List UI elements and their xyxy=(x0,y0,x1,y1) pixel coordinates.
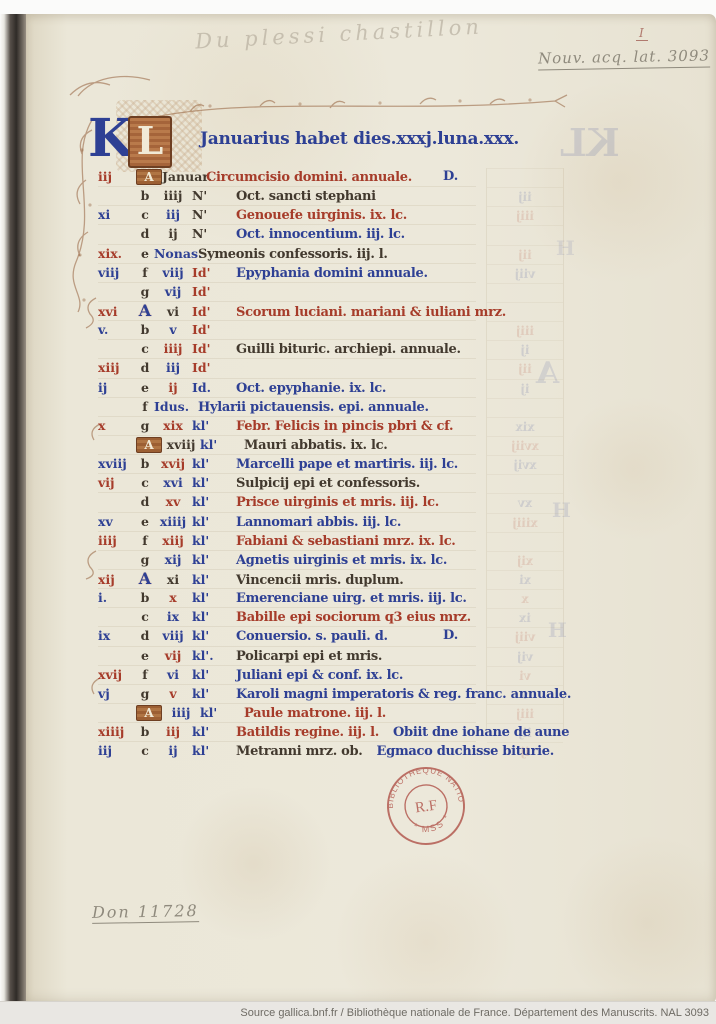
calends-marker: Id' xyxy=(192,283,236,301)
showthrough-numeral xyxy=(487,398,563,417)
calendar-row: iijcijkl'Metranni mrz. ob.Egmaco duchiss… xyxy=(98,741,476,760)
day-count: xi xyxy=(154,571,192,589)
calends-marker: kl' xyxy=(192,532,236,550)
golden-number: vij xyxy=(98,474,136,492)
showthrough-numeral: xi xyxy=(487,570,563,589)
golden-number: xi xyxy=(98,206,136,224)
golden-number: x xyxy=(98,417,136,435)
showthrough-numeral xyxy=(487,168,563,187)
showthrough-numeral: iiij xyxy=(487,321,563,340)
dominical-letter: d xyxy=(136,493,154,511)
calendar-row: gxijkl'Agnetis uirginis et mris. ix. lc. xyxy=(98,550,476,569)
day-count: xij xyxy=(154,551,192,569)
showthrough-numeral: iij xyxy=(487,723,563,742)
day-count: ij xyxy=(154,742,192,760)
calendar-row: xviAviId'Scorum luciani. mariani & iulia… xyxy=(98,301,476,320)
feast-entry: Mauri abbatis. ix. lc. xyxy=(244,437,387,455)
calends-marker: kl' xyxy=(192,474,236,492)
feast-entry: Juliani epi & conf. ix. lc. xyxy=(236,667,403,685)
day-count: xvi xyxy=(154,474,192,492)
dominical-letter: c xyxy=(136,742,154,760)
dominical-letter: e xyxy=(136,379,154,397)
day-count: vij xyxy=(154,647,192,665)
showthrough-numeral xyxy=(487,474,563,493)
day-count: iij xyxy=(154,723,192,741)
showthrough-numeral: v xyxy=(487,685,563,704)
calends-marker: N' xyxy=(192,187,236,205)
day-count: viij xyxy=(154,627,192,645)
day-count: iij xyxy=(154,206,192,224)
golden-number: viij xyxy=(98,264,136,282)
calendar-row: v.bvId' xyxy=(98,320,476,339)
dominical-letter: A xyxy=(136,570,154,588)
day-count: xiiij xyxy=(154,513,192,531)
dominical-letter: b xyxy=(136,187,154,205)
stamp-center: R.F xyxy=(414,798,438,817)
calendar-row: iiijfxiijkl'Fabiani & sebastiani mrz. ix… xyxy=(98,531,476,550)
feast-entry: Oct. sancti stephani xyxy=(236,188,376,206)
calendar-row: xiijdiijId' xyxy=(98,358,476,377)
dominical-letter: e xyxy=(136,647,154,665)
manuscript-photo: Du plessi chastillon Nouv. acq. lat. 309… xyxy=(0,0,716,1024)
calendar-row: fIdus.Hylarii pictauensis. epi. annuale. xyxy=(98,397,476,416)
donation-note: Don 11728 xyxy=(92,901,199,924)
calends-marker: kl' xyxy=(192,571,236,589)
feast-entry: Oct. innocentium. iij. lc. xyxy=(236,226,405,244)
showthrough-numeral: xiiij xyxy=(487,513,563,532)
kl-letter-k: K xyxy=(88,110,133,168)
calends-marker: Id' xyxy=(192,321,236,339)
duplex-mark: D. xyxy=(443,168,458,186)
showthrough-numeral: ij xyxy=(487,379,563,398)
day-count: ij xyxy=(154,225,192,243)
calends-marker: kl' xyxy=(192,627,236,645)
calendar-row: xvexiiijkl'Lannomari abbis. iij. lc. xyxy=(98,512,476,531)
calends-marker: kl'. xyxy=(192,647,236,665)
golden-number: ix xyxy=(98,627,136,645)
showthrough-numeral: xvij xyxy=(487,455,563,474)
showthrough-numeral: x xyxy=(487,589,563,608)
calends-marker: kl' xyxy=(192,589,236,607)
showthrough-numeral-column: iijiiijiijviijiiijijiijijxixxviijxvijxvx… xyxy=(486,168,564,731)
dominical-letter: A xyxy=(136,437,162,453)
golden-number: xix. xyxy=(98,245,136,263)
calendar-row: evijkl'.Policarpi epi et mris. xyxy=(98,646,476,665)
calends-marker: kl' xyxy=(192,455,236,473)
day-count: xiij xyxy=(154,532,192,550)
dominical-letter: A xyxy=(136,169,162,185)
calends-marker: kl' xyxy=(192,666,236,684)
feast-entry: Babille epi sociorum q3 eius mrz. xyxy=(236,609,471,627)
calends-marker: Id' xyxy=(192,303,236,321)
showthrough-numeral: iij xyxy=(487,187,563,206)
calends-marker: N' xyxy=(192,206,236,224)
golden-number: xv xyxy=(98,513,136,531)
showthrough-numeral: iij xyxy=(487,245,563,264)
calends-marker: kl' xyxy=(192,513,236,531)
day-count: vi xyxy=(154,666,192,684)
dominical-letter: A xyxy=(136,705,162,721)
feast-entry: Sulpicij epi et confessoris. xyxy=(236,475,420,493)
dominical-letter: b xyxy=(136,321,154,339)
dominical-letter: b xyxy=(136,723,154,741)
golden-number: xvi xyxy=(98,303,136,321)
feast-entry: Agnetis uirginis et mris. ix. lc. xyxy=(236,552,447,570)
golden-number: v. xyxy=(98,321,136,339)
day-count: vij xyxy=(154,283,192,301)
showthrough-numeral: viij xyxy=(487,264,563,283)
day-count: iiij xyxy=(162,704,200,722)
dominical-letter: A xyxy=(136,302,154,320)
showthrough-numeral: xv xyxy=(487,493,563,512)
calendar-row: xiiijbiijkl'Batildis regine. iij. l.Obii… xyxy=(98,722,476,741)
feast-entry: Policarpi epi et mris. xyxy=(236,648,382,666)
golden-number: xiiij xyxy=(98,723,136,741)
calends-marker: kl' xyxy=(200,436,244,454)
golden-number: ij xyxy=(98,379,136,397)
feast-entry: Conuersio. s. pauli. d. xyxy=(236,628,388,646)
calendar-row: biiijN'Oct. sancti stephani xyxy=(98,186,476,205)
golden-number: vj xyxy=(98,685,136,703)
golden-number: iij xyxy=(98,168,136,186)
calendar-row: ijeijId.Oct. epyphanie. ix. lc. xyxy=(98,378,476,397)
calends-marker: Id' xyxy=(192,264,236,282)
source-attribution: Source gallica.bnf.fr / Bibliothèque nat… xyxy=(240,1007,716,1019)
showthrough-numeral: xij xyxy=(487,551,563,570)
showthrough-numeral xyxy=(487,225,563,244)
showthrough-numeral: vi xyxy=(487,666,563,685)
duplex-mark: D. xyxy=(443,627,458,645)
showthrough-numeral: xix xyxy=(487,417,563,436)
dominical-letter: f xyxy=(136,264,154,282)
feast-entry: Guilli bituric. archiepi. annuale. xyxy=(236,341,461,359)
feast-entry: Hylarii pictauensis. epi. annuale. xyxy=(198,399,429,417)
calendar-rows: iijAJanuar.Circumcisio domini. annuale.D… xyxy=(98,168,476,760)
calends-marker: Nonas. xyxy=(154,245,198,263)
feast-entry: Emerenciane uirg. et mris. iij. lc. xyxy=(236,590,467,608)
calends-marker: kl' xyxy=(192,608,236,626)
calends-marker: Id. xyxy=(192,379,236,397)
calendar-row: Aiiijkl'Paule matrone. iij. l. xyxy=(98,703,476,722)
dominical-letter: b xyxy=(136,455,154,473)
calends-marker: N' xyxy=(192,225,236,243)
calends-marker: kl' xyxy=(192,685,236,703)
day-count: ij xyxy=(154,379,192,397)
calendar-row: ixdviijkl'Conuersio. s. pauli. d.D. xyxy=(98,626,476,645)
calendar-row: iijAJanuar.Circumcisio domini. annuale.D… xyxy=(98,168,476,186)
day-count: ix xyxy=(154,608,192,626)
calends-marker: kl' xyxy=(192,723,236,741)
showthrough-numeral xyxy=(487,283,563,302)
calendar-row: xiciijN'Genouefe uirginis. ix. lc. xyxy=(98,205,476,224)
calendar-row: xgxixkl'Febr. Felicis in pincis pbri & c… xyxy=(98,416,476,435)
calendar-row: viijfviijId'Epyphania domini annuale. xyxy=(98,263,476,282)
calendar-row: xix.eNonas.Symeonis confessoris. iij. l. xyxy=(98,244,476,263)
showthrough-numeral: viij xyxy=(487,627,563,646)
calends-marker: kl' xyxy=(200,704,244,722)
feast-entry: Paule matrone. iij. l. xyxy=(244,705,386,723)
showthrough-numeral: xviij xyxy=(487,436,563,455)
golden-number: i. xyxy=(98,589,136,607)
calendar-row: xvijfvikl'Juliani epi & conf. ix. lc. xyxy=(98,665,476,684)
showthrough-numeral: ij xyxy=(487,340,563,359)
calendar-row: dijN'Oct. innocentium. iij. lc. xyxy=(98,224,476,243)
day-count: viij xyxy=(154,264,192,282)
dominical-letter: c xyxy=(136,608,154,626)
day-count: xv xyxy=(154,493,192,511)
dominical-letter: c xyxy=(136,474,154,492)
dominical-letter: f xyxy=(136,666,154,684)
dominical-letter: g xyxy=(136,417,154,435)
kl-letter-l: L xyxy=(128,116,172,168)
feast-entry: Lannomari abbis. iij. lc. xyxy=(236,514,401,532)
calendar-row: ciiijId'Guilli bituric. archiepi. annual… xyxy=(98,339,476,358)
calends-marker: Idus. xyxy=(154,398,198,416)
showthrough-numeral: iiij xyxy=(487,206,563,225)
calendar-row: xijAxikl'Vincencii mris. duplum. xyxy=(98,569,476,588)
dominical-letter: f xyxy=(136,532,154,550)
calendar-row: gvijId' xyxy=(98,282,476,301)
calendar-row: Axviijkl'Mauri abbatis. ix. lc. xyxy=(98,435,476,454)
calends-marker: kl' xyxy=(192,493,236,511)
golden-number: xviij xyxy=(98,455,136,473)
calends-marker: kl' xyxy=(192,417,236,435)
dominical-letter: c xyxy=(136,340,154,358)
showthrough-numeral: ij xyxy=(487,742,563,761)
library-stamp: BIBLIOTHEQUE NATIONALE * MSS * R.F xyxy=(374,754,478,858)
dominical-letter: e xyxy=(136,513,154,531)
dominical-letter: b xyxy=(136,589,154,607)
golden-number: iiij xyxy=(98,532,136,550)
day-count: xvij xyxy=(154,455,192,473)
golden-number: xiij xyxy=(98,359,136,377)
month-title: Januarius habet dies.xxxj.luna.xxx. xyxy=(200,129,519,149)
showthrough-numeral: iiij xyxy=(487,704,563,723)
showthrough-numeral xyxy=(487,302,563,321)
calends-marker: Id' xyxy=(192,340,236,358)
calends-marker: Id' xyxy=(192,359,236,377)
dominical-letter: f xyxy=(136,398,154,416)
golden-number: xvij xyxy=(98,666,136,684)
showthrough-numeral: vij xyxy=(487,647,563,666)
calendar-row: vjgvkl'Karoli magni imperatoris & reg. f… xyxy=(98,684,476,703)
day-count: iiij xyxy=(154,340,192,358)
dominical-letter: g xyxy=(136,283,154,301)
feast-entry: Epyphania domini annuale. xyxy=(236,265,428,283)
showthrough-numeral: iij xyxy=(487,359,563,378)
shelfmark-annotation: Nouv. acq. lat. 3093 xyxy=(538,47,710,71)
day-count: v xyxy=(154,321,192,339)
day-count: vi xyxy=(154,303,192,321)
day-count: xviij xyxy=(162,436,200,454)
calendar-row: xviijbxvijkl'Marcelli pape et martiris. … xyxy=(98,454,476,473)
calends-marker: kl' xyxy=(192,742,236,760)
golden-number: xij xyxy=(98,571,136,589)
dominical-letter: d xyxy=(136,359,154,377)
feast-entry: Oct. epyphanie. ix. lc. xyxy=(236,380,386,398)
dominical-letter: d xyxy=(136,627,154,645)
feast-entry: Fabiani & sebastiani mrz. ix. lc. xyxy=(236,533,456,551)
dominical-letter: c xyxy=(136,206,154,224)
footer-bar: Source gallica.bnf.fr / Bibliothèque nat… xyxy=(0,1001,716,1024)
feast-entry: Febr. Felicis in pincis pbri & cf. xyxy=(236,418,453,436)
day-count: iij xyxy=(154,359,192,377)
day-count: iiij xyxy=(154,187,192,205)
calendar-row: cixkl'Babille epi sociorum q3 eius mrz. xyxy=(98,607,476,626)
golden-number: iij xyxy=(98,742,136,760)
calendar-row: vijcxvikl'Sulpicij epi et confessoris. xyxy=(98,473,476,492)
dominical-letter: g xyxy=(136,685,154,703)
dominical-letter: g xyxy=(136,551,154,569)
showthrough-numeral xyxy=(487,532,563,551)
calendar-row: dxvkl'Prisce uirginis et mris. iij. lc. xyxy=(98,492,476,511)
dominical-letter: e xyxy=(136,245,154,263)
feast-entry: Symeonis confessoris. iij. l. xyxy=(198,246,388,264)
feast-entry: Prisce uirginis et mris. iij. lc. xyxy=(236,494,439,512)
day-count: v xyxy=(154,685,192,703)
calends-marker: kl' xyxy=(192,551,236,569)
day-count: xix xyxy=(154,417,192,435)
illuminated-kl-initial: K L xyxy=(88,112,196,170)
folio-number: I xyxy=(636,26,648,41)
day-count: x xyxy=(154,589,192,607)
feast-entry: Genouefe uirginis. ix. lc. xyxy=(236,207,407,225)
feast-entry: Circumcisio domini. annuale. xyxy=(206,169,412,187)
calendar-row: i.bxkl'Emerenciane uirg. et mris. iij. l… xyxy=(98,588,476,607)
showthrough-numeral: ix xyxy=(487,608,563,627)
feast-entry: Marcelli pape et martiris. iij. lc. xyxy=(236,456,458,474)
calends-marker: Januar. xyxy=(162,168,206,186)
dominical-letter: d xyxy=(136,225,154,243)
